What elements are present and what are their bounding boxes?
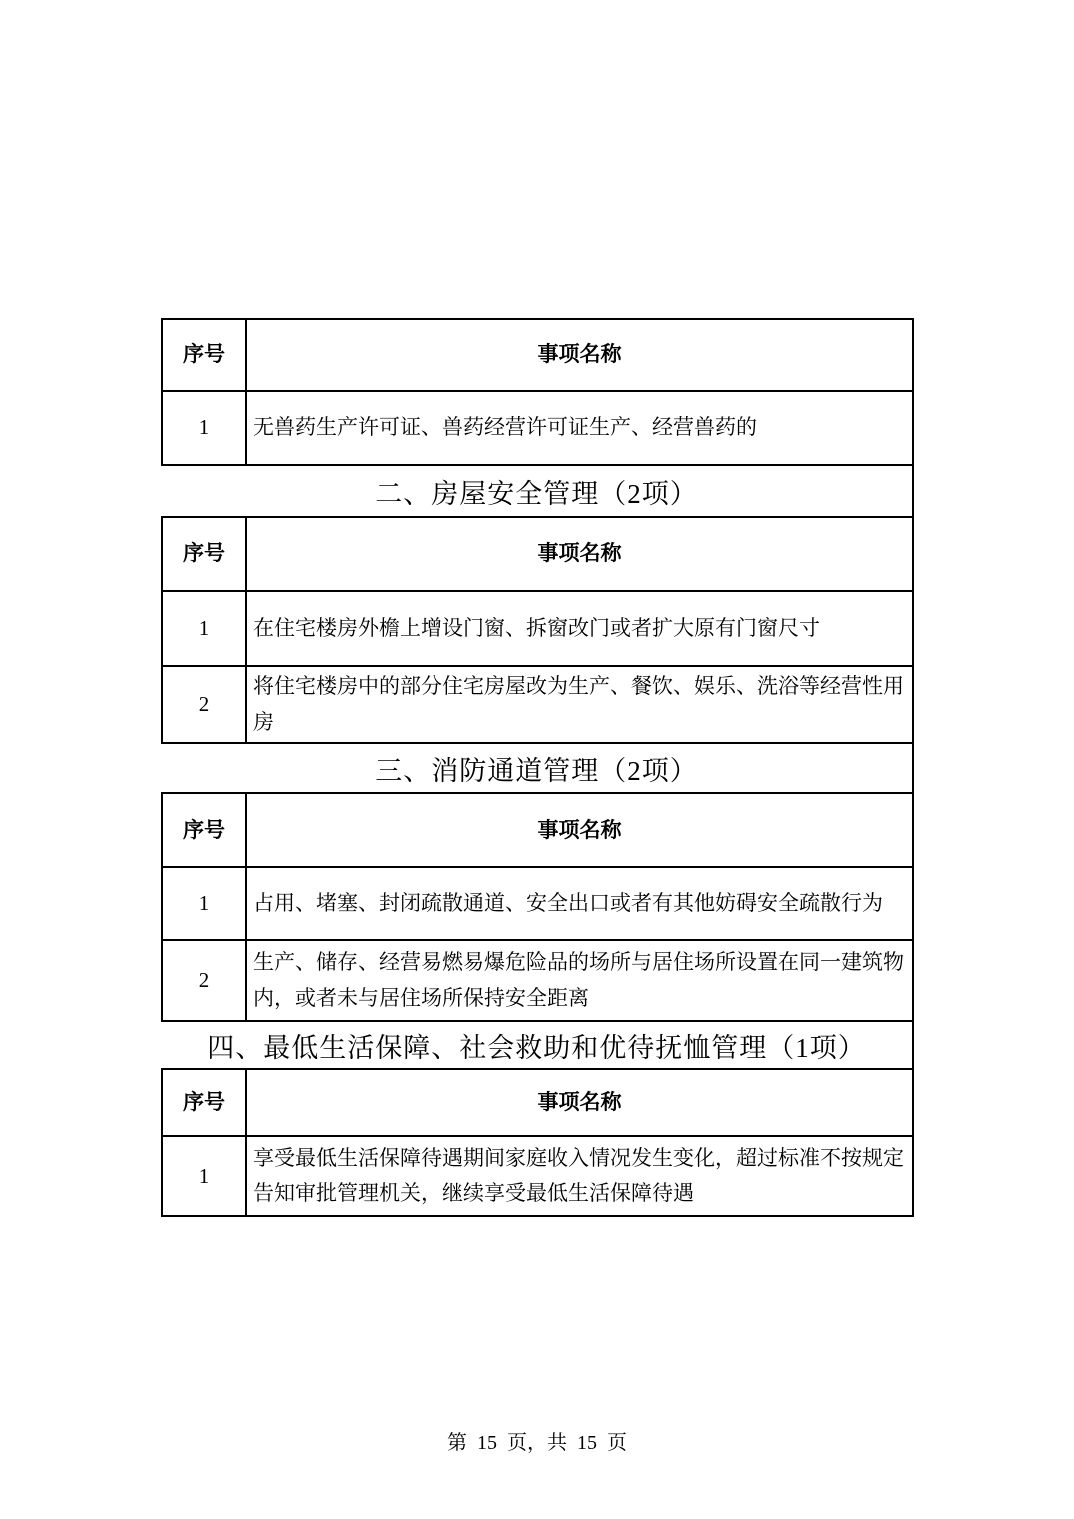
column-header-name: 事项名称 <box>246 319 913 391</box>
table-section-3: 序号 事项名称 1 占用、堵塞、封闭疏散通道、安全出口或者有其他妨碍安全疏散行为… <box>161 792 914 1022</box>
table-row: 1 在住宅楼房外檐上增设门窗、拆窗改门或者扩大原有门窗尺寸 <box>162 591 913 666</box>
column-header-index: 序号 <box>162 1069 246 1136</box>
section-heading-3: 三、消防通道管理（2项） <box>161 744 914 792</box>
column-header-index: 序号 <box>162 319 246 391</box>
row-item-name: 在住宅楼房外檐上增设门窗、拆窗改门或者扩大原有门窗尺寸 <box>246 591 913 666</box>
row-item-name: 将住宅楼房中的部分住宅房屋改为生产、餐饮、娱乐、洗浴等经营性用房 <box>246 666 913 743</box>
row-index: 1 <box>162 391 246 465</box>
table-row: 1 享受最低生活保障待遇期间家庭收入情况发生变化，超过标准不按规定告知审批管理机… <box>162 1136 913 1216</box>
table-row: 2 将住宅楼房中的部分住宅房屋改为生产、餐饮、娱乐、洗浴等经营性用房 <box>162 666 913 743</box>
column-header-index: 序号 <box>162 793 246 867</box>
table-header-row: 序号 事项名称 <box>162 793 913 867</box>
table-header-row: 序号 事项名称 <box>162 1069 913 1136</box>
section-heading-4: 四、最低生活保障、社会救助和优待抚恤管理（1项） <box>161 1022 914 1068</box>
document-page: 序号 事项名称 1 无兽药生产许可证、兽药经营许可证生产、经营兽药的 二、房屋安… <box>0 0 1074 1519</box>
table-section-4: 序号 事项名称 1 享受最低生活保障待遇期间家庭收入情况发生变化，超过标准不按规… <box>161 1068 914 1217</box>
table-section-2: 序号 事项名称 1 在住宅楼房外檐上增设门窗、拆窗改门或者扩大原有门窗尺寸 2 … <box>161 516 914 744</box>
column-header-name: 事项名称 <box>246 517 913 591</box>
row-index: 1 <box>162 1136 246 1216</box>
table-row: 1 占用、堵塞、封闭疏散通道、安全出口或者有其他妨碍安全疏散行为 <box>162 867 913 940</box>
row-item-name: 无兽药生产许可证、兽药经营许可证生产、经营兽药的 <box>246 391 913 465</box>
row-item-name: 生产、储存、经营易燃易爆危险品的场所与居住场所设置在同一建筑物内，或者未与居住场… <box>246 940 913 1021</box>
table-header-row: 序号 事项名称 <box>162 517 913 591</box>
row-index: 2 <box>162 940 246 1021</box>
row-item-name: 占用、堵塞、封闭疏散通道、安全出口或者有其他妨碍安全疏散行为 <box>246 867 913 940</box>
row-index: 1 <box>162 591 246 666</box>
page-number: 第 15 页，共 15 页 <box>0 1426 1074 1455</box>
row-index: 2 <box>162 666 246 743</box>
document-content: 序号 事项名称 1 无兽药生产许可证、兽药经营许可证生产、经营兽药的 二、房屋安… <box>161 318 914 1217</box>
table-section-1: 序号 事项名称 1 无兽药生产许可证、兽药经营许可证生产、经营兽药的 <box>161 318 914 466</box>
table-header-row: 序号 事项名称 <box>162 319 913 391</box>
row-item-name: 享受最低生活保障待遇期间家庭收入情况发生变化，超过标准不按规定告知审批管理机关，… <box>246 1136 913 1216</box>
column-header-name: 事项名称 <box>246 793 913 867</box>
table-row: 2 生产、储存、经营易燃易爆危险品的场所与居住场所设置在同一建筑物内，或者未与居… <box>162 940 913 1021</box>
table-row: 1 无兽药生产许可证、兽药经营许可证生产、经营兽药的 <box>162 391 913 465</box>
column-header-index: 序号 <box>162 517 246 591</box>
section-heading-2: 二、房屋安全管理（2项） <box>161 466 914 516</box>
column-header-name: 事项名称 <box>246 1069 913 1136</box>
row-index: 1 <box>162 867 246 940</box>
